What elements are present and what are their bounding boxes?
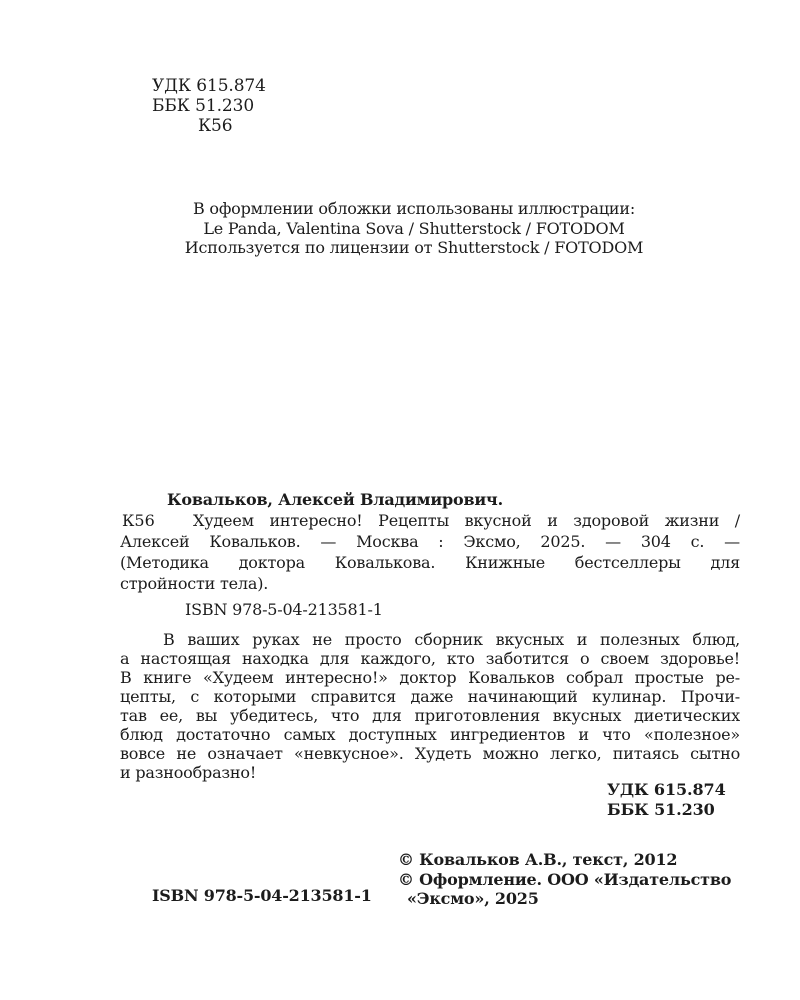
top-classification-codes: УДК 615.874 ББК 51.230 К56	[152, 76, 266, 136]
copyright-text-line: © Ковальков А.В., текст, 2012	[398, 850, 731, 870]
isbn-bottom: ISBN 978-5-04-213581-1	[152, 886, 372, 905]
annotation-paragraph: В ваших руках не просто сборник вкусных …	[120, 630, 740, 782]
text-line: В книге «Худеем интересно!» доктор Ковал…	[120, 668, 740, 687]
text-line: а настоящая находка для каждого, кто заб…	[120, 649, 740, 668]
copyright-block: © Ковальков А.В., текст, 2012 © Оформлен…	[398, 850, 731, 909]
text-line: стройности тела).	[120, 573, 740, 594]
bibliographic-description: Худеем интересно! Рецепты вкусной и здор…	[120, 510, 740, 594]
text-line: цепты, с которыми справится даже начинаю…	[120, 687, 740, 706]
text-line: блюд достаточно самых доступных ингредие…	[120, 725, 740, 744]
text-line: (Методика доктора Ковалькова. Книжные бе…	[120, 552, 740, 573]
bibliographic-entry: Ковальков, Алексей Владимирович. К56 Худ…	[120, 489, 740, 594]
udk-code-bottom: УДК 615.874	[607, 780, 726, 800]
credits-line-2: Le Panda, Valentina Sova / Shutterstock …	[102, 219, 726, 239]
text-line: Худеем интересно! Рецепты вкусной и здор…	[120, 510, 740, 531]
author-sign-code-top: К56	[152, 116, 266, 136]
credits-line-1: В оформлении обложки использованы иллюст…	[102, 199, 726, 219]
cover-credits: В оформлении обложки использованы иллюст…	[102, 199, 726, 258]
text-line: В ваших руках не просто сборник вкусных …	[120, 630, 740, 649]
bbk-code-top: ББК 51.230	[152, 96, 266, 116]
copyright-design-line: © Оформление. ООО «Издательство	[398, 870, 731, 890]
bottom-classification-codes: УДК 615.874 ББК 51.230	[607, 780, 726, 820]
text-line: вовсе не означает «невкусное». Худеть мо…	[120, 744, 740, 763]
author-sign-code: К56	[122, 510, 155, 531]
bbk-code-bottom: ББК 51.230	[607, 800, 726, 820]
credits-line-3: Используется по лицензии от Shutterstock…	[102, 238, 726, 258]
author-heading: Ковальков, Алексей Владимирович.	[120, 489, 740, 510]
book-imprint-page: УДК 615.874 ББК 51.230 К56 В оформлении …	[0, 0, 800, 1000]
text-line: Алексей Ковальков. — Москва : Эксмо, 202…	[120, 531, 740, 552]
text-line: тав ее, вы убедитесь, что для приготовле…	[120, 706, 740, 725]
isbn-entry: ISBN 978-5-04-213581-1	[185, 600, 383, 619]
copyright-design-continuation: «Эксмо», 2025	[398, 889, 731, 909]
udk-code-top: УДК 615.874	[152, 76, 266, 96]
